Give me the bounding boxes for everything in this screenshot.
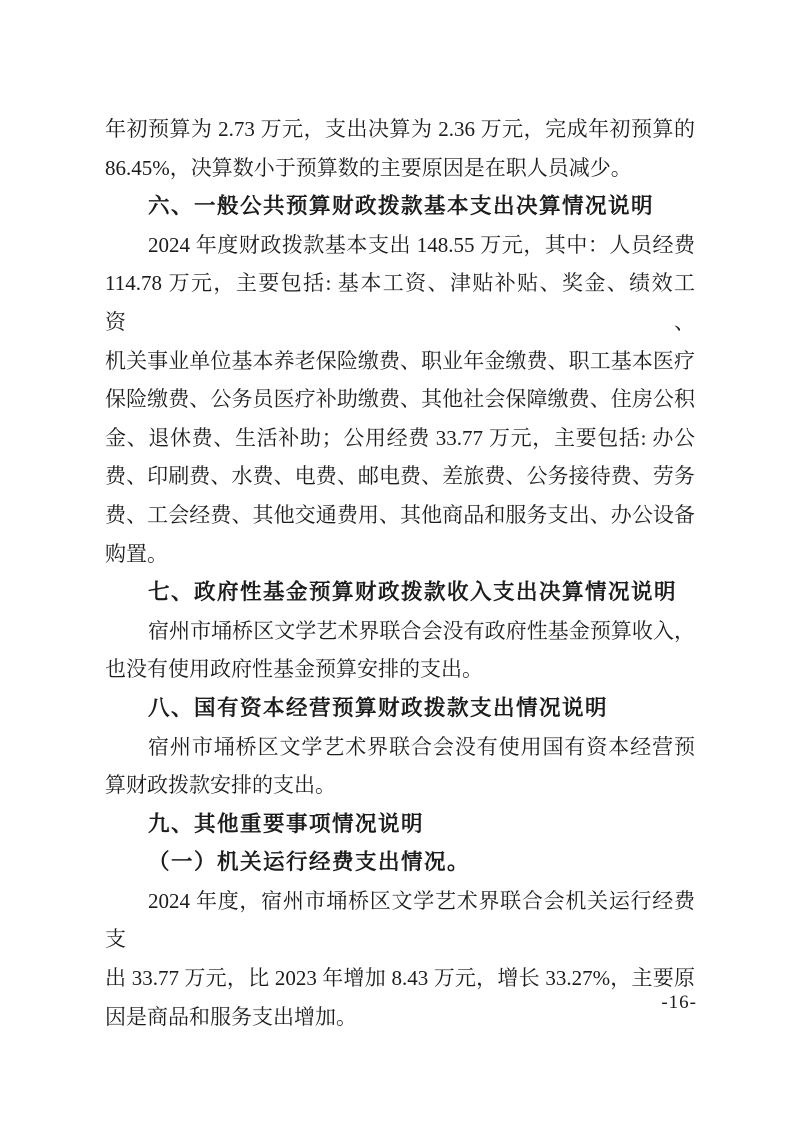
body-line: 宿州市埇桥区文学艺术界联合会没有政府性基金预算收入， <box>105 612 695 651</box>
section-heading: 九、其他重要事项情况说明 <box>105 805 695 844</box>
body-line: 费、工会经费、其他交通费用、其他商品和服务支出、办公设备 <box>105 496 695 535</box>
body-line: 2024 年度财政拨款基本支出 148.55 万元，其中：人员经费 <box>105 226 695 265</box>
body-line: 年初预算为 2.73 万元，支出决算为 2.36 万元，完成年初预算的 <box>105 110 695 149</box>
body-line: 宿州市埇桥区文学艺术界联合会没有使用国有资本经营预 <box>105 728 695 767</box>
page-number: -16- <box>661 992 697 1014</box>
document-body: 年初预算为 2.73 万元，支出决算为 2.36 万元，完成年初预算的86.45… <box>105 110 695 1036</box>
section-heading: 六、一般公共预算财政拨款基本支出决算情况说明 <box>105 187 695 226</box>
body-line: 保险缴费、公务员医疗补助缴费、其他社会保障缴费、住房公积 <box>105 380 695 419</box>
section-heading: 七、政府性基金预算财政拨款收入支出决算情况说明 <box>105 573 695 612</box>
body-line: 也没有使用政府性基金预算安排的支出。 <box>105 650 695 689</box>
document-page: 年初预算为 2.73 万元，支出决算为 2.36 万元，完成年初预算的86.45… <box>0 0 793 1122</box>
body-line: 购置。 <box>105 535 695 574</box>
body-line: 费、印刷费、水费、电费、邮电费、差旅费、公务接待费、劳务 <box>105 457 695 496</box>
body-line: 出 33.77 万元，比 2023 年增加 8.43 万元，增长 33.27%，… <box>105 959 695 998</box>
body-line: 因是商品和服务支出增加。 <box>105 998 695 1037</box>
body-line: 算财政拨款安排的支出。 <box>105 766 695 805</box>
body-line: 机关事业单位基本养老保险缴费、职业年金缴费、职工基本医疗 <box>105 342 695 381</box>
section-heading: 八、国有资本经营预算财政拨款支出情况说明 <box>105 689 695 728</box>
body-line: 86.45%，决算数小于预算数的主要原因是在职人员减少。 <box>105 149 695 188</box>
body-line: 114.78 万元，主要包括: 基本工资、津贴补贴、奖金、绩效工资、 <box>105 264 695 341</box>
sub-heading: （一）机关运行经费支出情况。 <box>105 843 695 882</box>
body-line: 金、退休费、生活补助；公用经费 33.77 万元，主要包括: 办公 <box>105 419 695 458</box>
body-line: 2024 年度，宿州市埇桥区文学艺术界联合会机关运行经费支 <box>105 882 695 959</box>
